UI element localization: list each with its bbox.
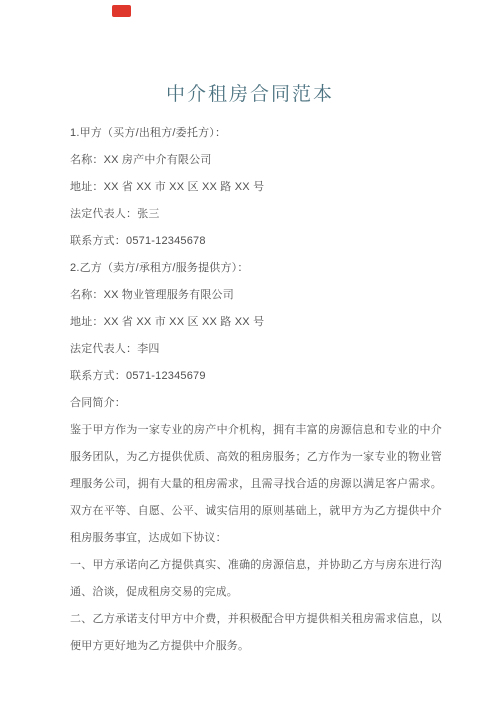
contract-line: 法定代表人：李四: [70, 336, 442, 363]
page-title: 中介租房合同范本: [0, 83, 500, 107]
contract-line: 一、甲方承诺向乙方提供真实、准确的房源信息，并协助乙方与房东进行沟通、洽谈，促成…: [70, 552, 442, 606]
contract-line: 名称：XX 物业管理服务有限公司: [70, 282, 442, 309]
contract-body: 1.甲方（买方/出租方/委托方）：名称：XX 房产中介有限公司地址：XX 省 X…: [70, 120, 442, 660]
document-page: 中介租房合同范本 1.甲方（买方/出租方/委托方）：名称：XX 房产中介有限公司…: [0, 0, 500, 707]
contract-line: 2.乙方（卖方/承租方/服务提供方）：: [70, 255, 442, 282]
contract-line: 鉴于甲方作为一家专业的房产中介机构，拥有丰富的房源信息和专业的中介服务团队，为乙…: [70, 417, 442, 552]
contract-line: 二、乙方承诺支付甲方中介费，并积极配合甲方提供相关租房需求信息，以便甲方更好地为…: [70, 606, 442, 660]
contract-line: 地址：XX 省 XX 市 XX 区 XX 路 XX 号: [70, 174, 442, 201]
contract-line: 1.甲方（买方/出租方/委托方）：: [70, 120, 442, 147]
contract-line: 联系方式：0571-12345679: [70, 363, 442, 390]
contract-line: 合同简介：: [70, 390, 442, 417]
red-badge: [112, 5, 131, 17]
contract-line: 地址：XX 省 XX 市 XX 区 XX 路 XX 号: [70, 309, 442, 336]
contract-line: 法定代表人：张三: [70, 201, 442, 228]
contract-line: 联系方式：0571-12345678: [70, 228, 442, 255]
contract-line: 名称：XX 房产中介有限公司: [70, 147, 442, 174]
